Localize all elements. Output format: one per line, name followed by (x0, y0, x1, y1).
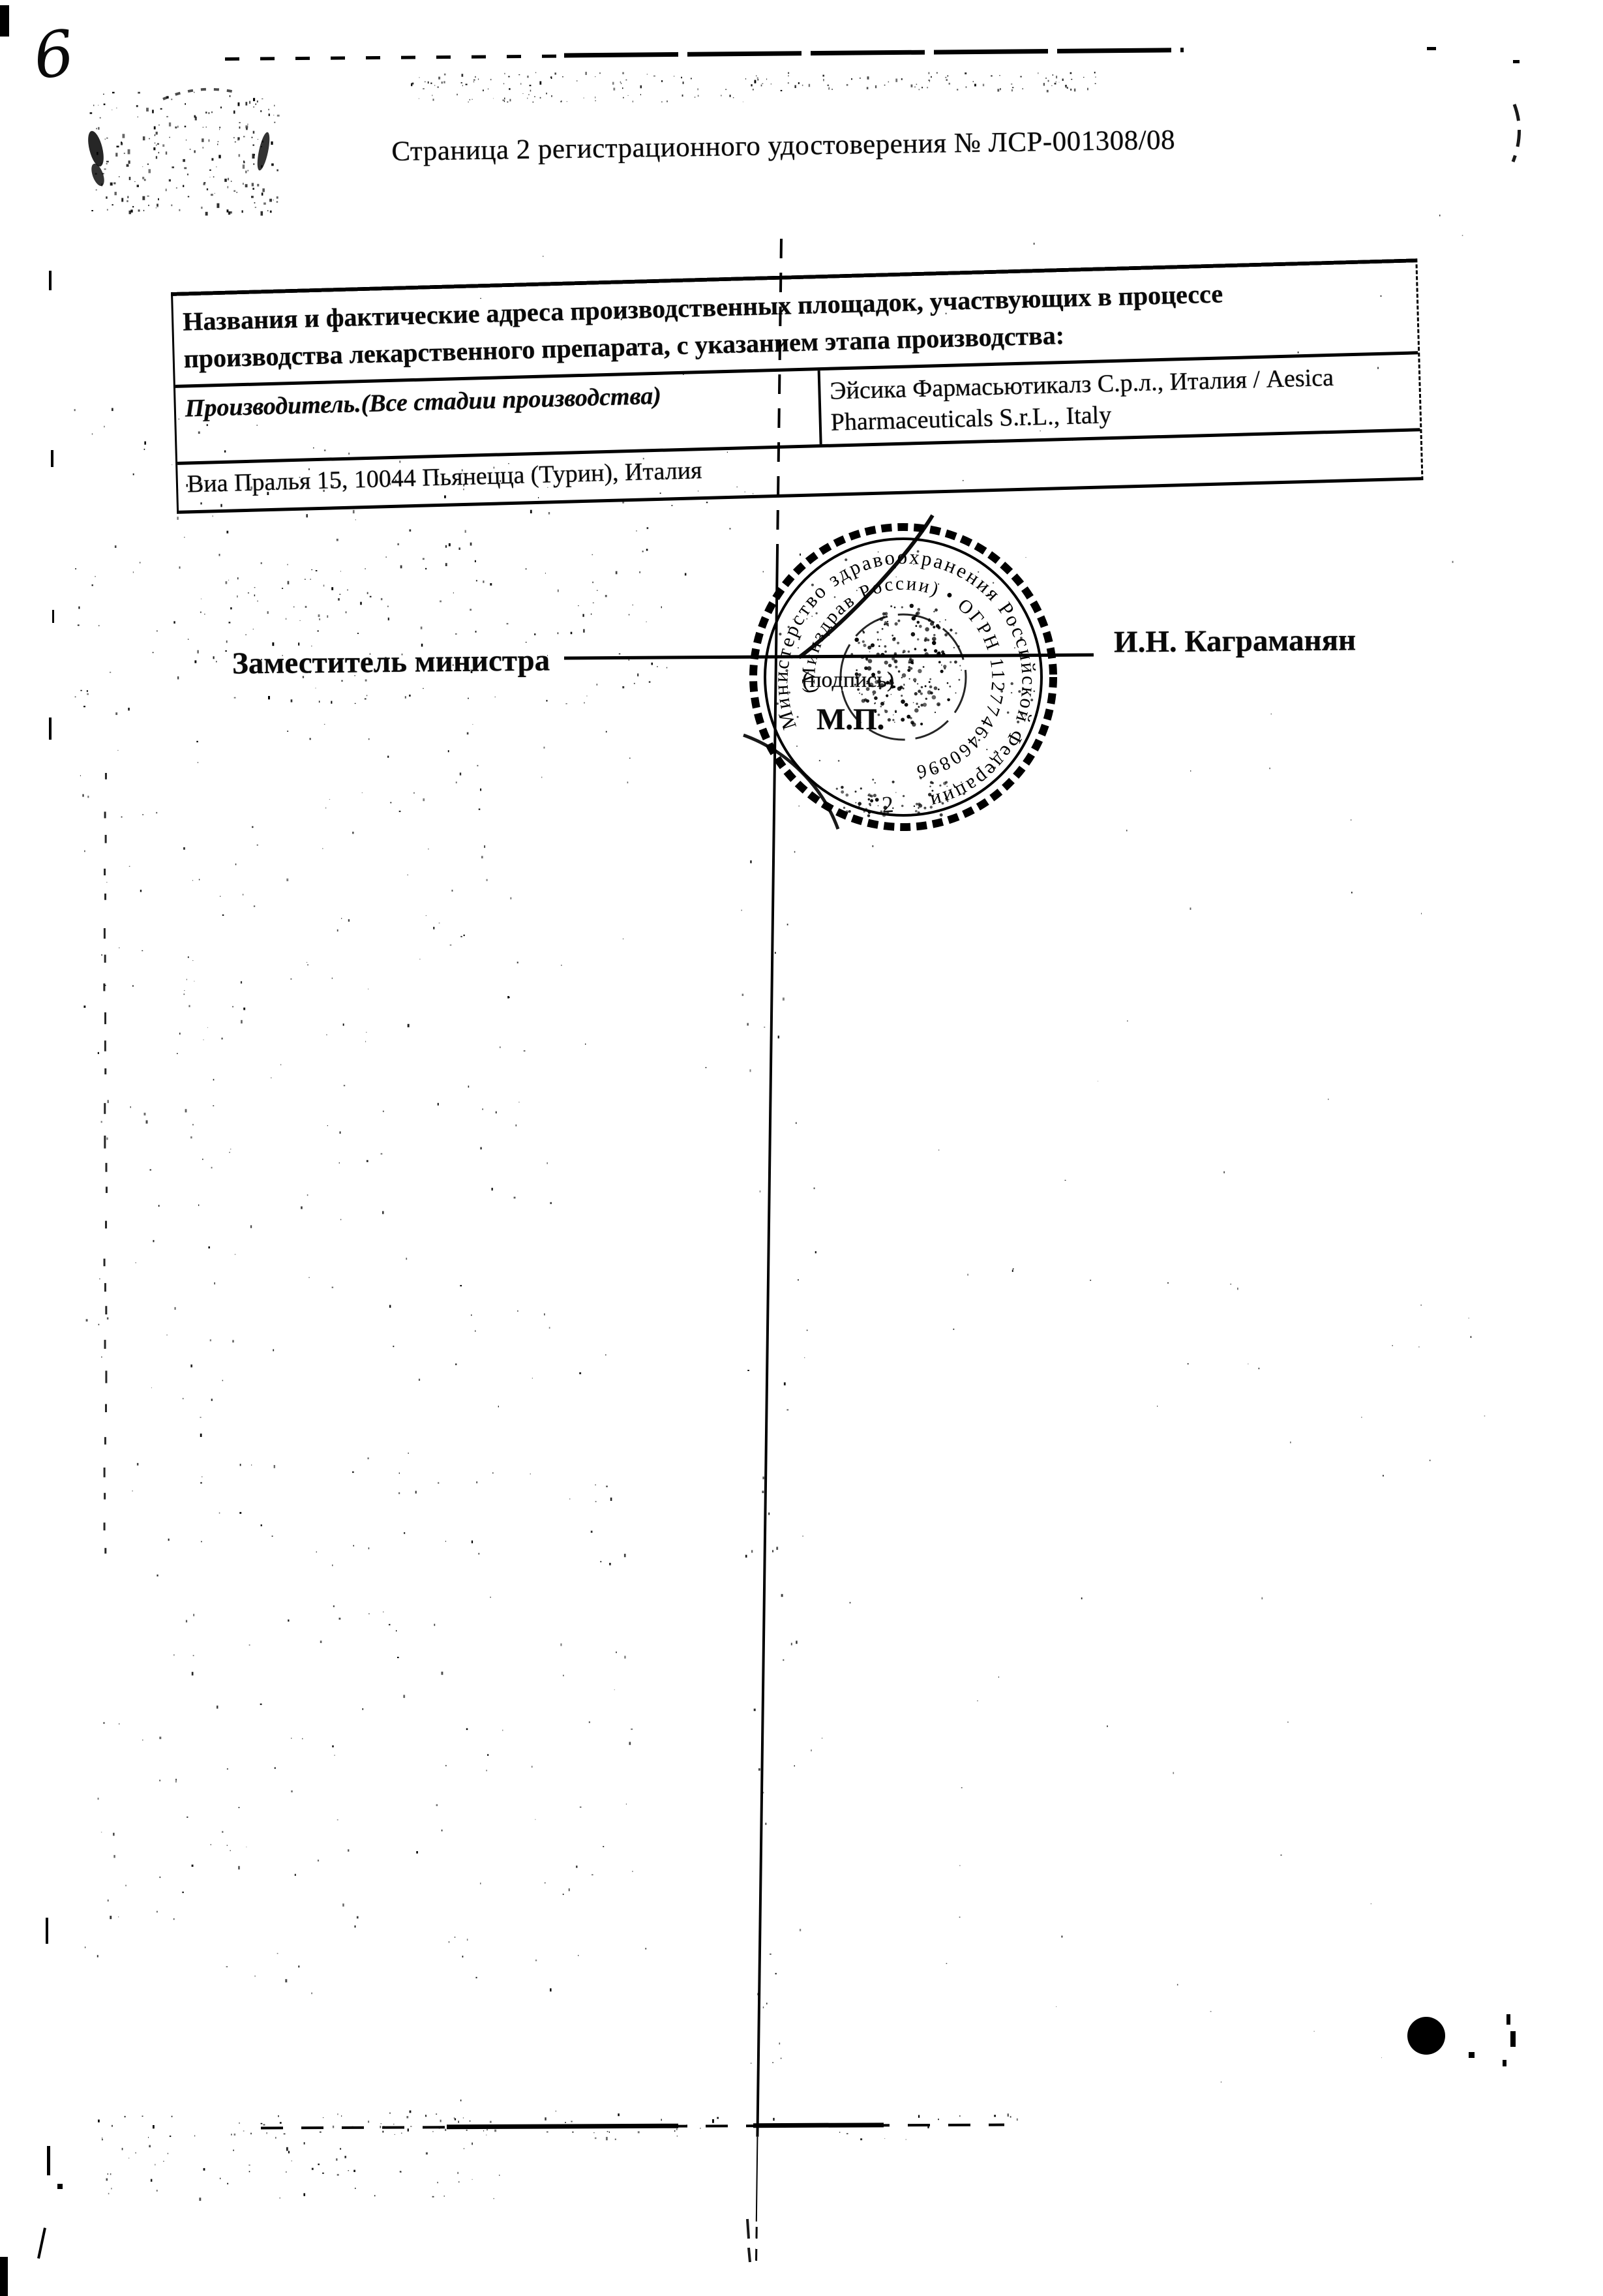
ghost-stamp-blob (85, 129, 107, 168)
stamp-scribble: 2 (881, 791, 895, 818)
stamp-offset-arc (743, 735, 838, 829)
right-margin-curve (1513, 104, 1520, 162)
ghost-stamp-blob (89, 162, 106, 187)
seal-place-mark: М.П. (816, 702, 884, 737)
ministry-stamp: Министерство здравоохранения Российской … (740, 514, 1066, 840)
fold-tail-dashes (747, 2219, 750, 2262)
signature-caption: (подпись) (802, 668, 894, 693)
producer-address-cell: Виа Пралья 15, 10044 Пьянецца (Турин), И… (187, 457, 702, 498)
signatory-title: Заместитель министра (232, 642, 550, 681)
ghost-stamp-arc (163, 89, 238, 99)
ghost-stamp-blob (255, 131, 272, 172)
signatory-name: И.Н. Каграманян (1114, 622, 1356, 659)
scanned-document-page: 6 Страница 2 регистрационного удостовере… (0, 0, 1603, 2296)
production-sites-table: Названия и фактические адреса производст… (171, 258, 1423, 513)
producer-value-cell: Эйсика Фармасьютикалз С.р.л., Италия / A… (818, 354, 1420, 444)
